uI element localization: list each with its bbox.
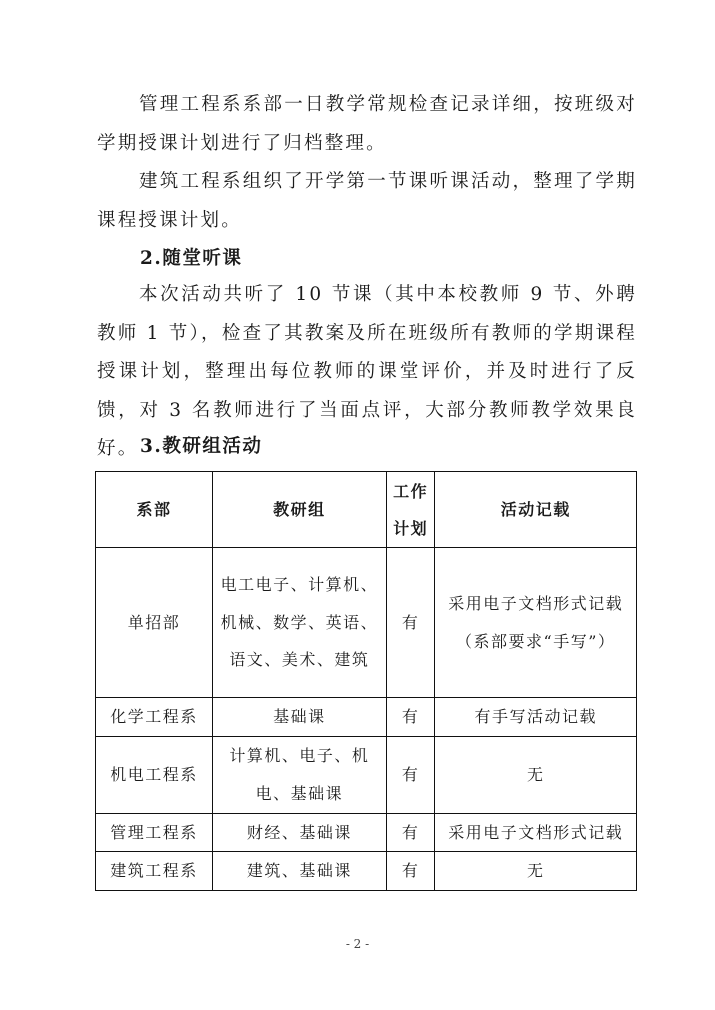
header-plan: 工作 计划	[386, 472, 435, 548]
cell-plan: 有	[386, 548, 435, 698]
cell-dept: 单招部	[96, 548, 213, 698]
paragraph-architecture-dept: 建筑工程系组织了开学第一节课听课活动，整理了学期课程授课计划。	[97, 163, 637, 240]
cell-record: 采用电子文档形式记载（系部要求“手写”）	[435, 548, 637, 698]
cell-record: 有手写活动记载	[435, 698, 637, 737]
cell-groups: 电工电子、计算机、机械、数学、英语、语文、美术、建筑	[213, 548, 387, 698]
section-heading-teaching-research: 3.教研组活动	[140, 432, 262, 458]
cell-dept: 化学工程系	[96, 698, 213, 737]
cell-dept: 管理工程系	[96, 813, 213, 852]
cell-dept: 机电工程系	[96, 736, 213, 813]
cell-groups: 计算机、电子、机电、基础课	[213, 736, 387, 813]
cell-groups: 建筑、基础课	[213, 852, 387, 891]
cell-plan: 有	[386, 736, 435, 813]
table-row: 化学工程系 基础课 有 有手写活动记载	[96, 698, 637, 737]
cell-dept: 建筑工程系	[96, 852, 213, 891]
cell-plan: 有	[386, 698, 435, 737]
cell-plan: 有	[386, 852, 435, 891]
table-row: 单招部 电工电子、计算机、机械、数学、英语、语文、美术、建筑 有 采用电子文档形…	[96, 548, 637, 698]
cell-plan: 有	[386, 813, 435, 852]
cell-groups: 财经、基础课	[213, 813, 387, 852]
table-header-row: 系部 教研组 工作 计划 活动记载	[96, 472, 637, 548]
cell-record: 无	[435, 736, 637, 813]
header-dept: 系部	[96, 472, 213, 548]
header-plan-line2: 计划	[393, 519, 428, 538]
cell-record: 采用电子文档形式记载	[435, 813, 637, 852]
section-heading-class-observation: 2.随堂听课	[140, 244, 242, 270]
page-number: - 2 -	[0, 937, 715, 951]
paragraph-management-dept: 管理工程系系部一日教学常规检查记录详细，按班级对学期授课计划进行了归档整理。	[97, 86, 637, 163]
table-row: 建筑工程系 建筑、基础课 有 无	[96, 852, 637, 891]
table-row: 管理工程系 财经、基础课 有 采用电子文档形式记载	[96, 813, 637, 852]
header-record: 活动记载	[435, 472, 637, 548]
cell-groups: 基础课	[213, 698, 387, 737]
header-plan-line1: 工作	[393, 482, 428, 501]
header-group: 教研组	[213, 472, 387, 548]
table-row: 机电工程系 计算机、电子、机电、基础课 有 无	[96, 736, 637, 813]
teaching-research-table: 系部 教研组 工作 计划 活动记载 单招部 电工电子、计算机、机械、数学、英语、…	[95, 471, 637, 891]
cell-record: 无	[435, 852, 637, 891]
